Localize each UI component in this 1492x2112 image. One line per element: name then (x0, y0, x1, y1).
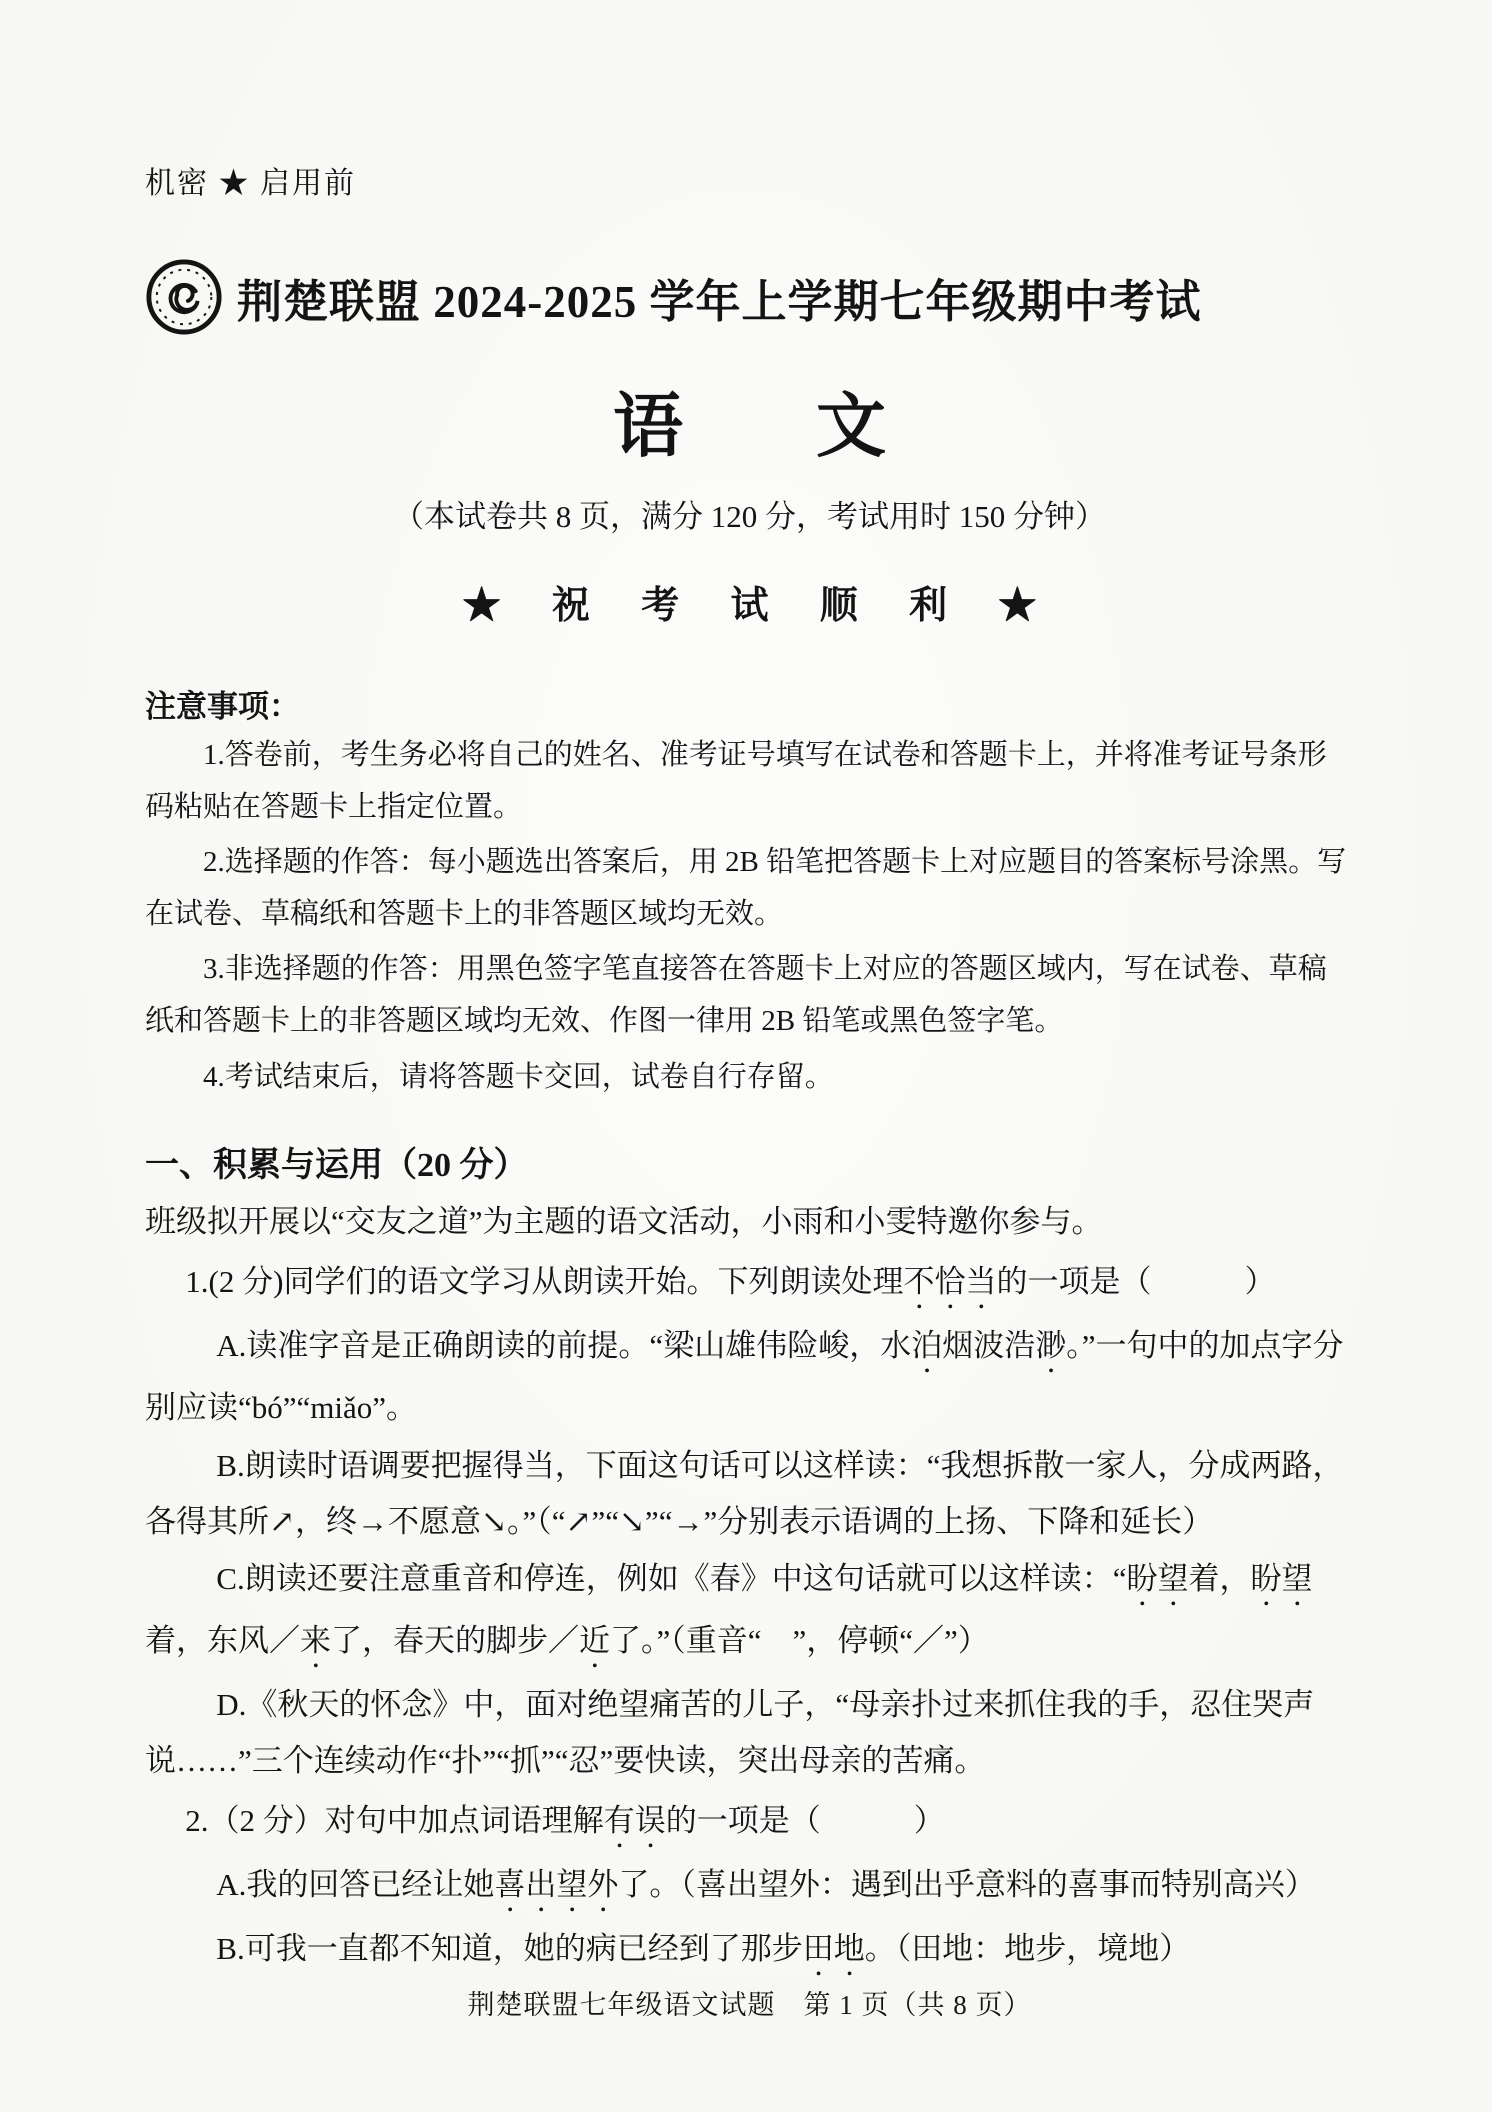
plain-text: 了。”（重音“ ”，停顿“／”） (610, 1623, 989, 1658)
question1-option-a: A.读准字音是正确朗读的前提。“梁山雄伟险峻，水泊烟波浩渺。”一句中的加点字分别… (145, 1318, 1354, 1436)
question2-option-a: A.我的回答已经让她喜出望外了。（喜出望外：遇到出乎意料的喜事而特别高兴） (145, 1857, 1354, 1919)
plain-text: 的一项是（ ） (996, 1264, 1275, 1299)
good-luck-banner: ★ 祝 考 试 顺 利 ★ (145, 574, 1354, 629)
question1-option-b: B.朗读时语调要把握得当，下面这句话可以这样读：“我想拆散一家人，分成两路，各得… (145, 1438, 1354, 1550)
plain-text: 了，春天的脚步／ (331, 1623, 579, 1658)
plain-text: 着，东风／ (145, 1623, 300, 1658)
emphasized-text: 泊 (911, 1328, 942, 1363)
emphasized-text: 喜出望外 (494, 1867, 618, 1902)
confidential-marking: 机密 ★ 启用前 (145, 158, 1354, 202)
emphasized-text: 田地 (803, 1931, 865, 1966)
notice-item-2: 2.选择题的作答：每小题选出答案后，用 2B 铅笔把答题卡上对应题目的答案标号涂… (145, 837, 1354, 940)
exam-title-row: 荆楚联盟 2024-2025 学年上学期七年级期中考试 (145, 258, 1354, 336)
section1-intro: 班级拟开展以“交友之道”为主题的语文活动，小雨和小雯特邀你参与。 (145, 1194, 1354, 1250)
page-footer: 荆楚联盟七年级语文试题 第 1 页（共 8 页） (145, 1983, 1354, 2022)
section1-heading: 一、积累与运用（20 分） (145, 1137, 1354, 1186)
question2-option-b: B.可我一直都不知道，她的病已经到了那步田地。（田地：地步，境地） (145, 1921, 1354, 1983)
notice-item-4: 4.考试结束后，请将答题卡交回，试卷自行存留。 (145, 1052, 1354, 1104)
plain-text: B.朗读时语调要把握得当，下面这句话可以这样读：“我想拆散一家人，分成两路，各得… (145, 1448, 1343, 1539)
plain-text: B.可我一直都不知道，她的病已经到了那步 (216, 1931, 802, 1966)
exam-paper-page: 机密 ★ 启用前 荆楚联盟 2024-2025 学年上学期七年级期中考试 语 文… (0, 0, 1492, 2112)
plain-text: D.《秋天的怀念》中，面对绝望痛苦的儿子，“母亲扑过来抓住我的手，忍住哭声说……… (145, 1687, 1314, 1778)
notice-item-3: 3.非选择题的作答：用黑色签字笔直接答在答题卡上对应的答题区域内，写在试卷、草稿… (145, 944, 1354, 1047)
notice-item-1: 1.答卷前，考生务必将自己的姓名、准考证号填写在试卷和答题卡上，并将准考证号条形… (145, 730, 1354, 833)
plain-text: A.我的回答已经让她 (216, 1867, 494, 1902)
plain-text: C.朗读还要注意重音和停连，例如《春》中这句话就可以这样读：“ (216, 1561, 1126, 1596)
emphasized-text: 盼望 (1250, 1561, 1312, 1596)
emphasized-text: 有误 (604, 1803, 666, 1838)
notices-title: 注意事项： (145, 681, 1354, 726)
plain-text: A.读准字音是正确朗读的前提。“梁山雄伟险峻，水 (216, 1328, 911, 1363)
plain-text: 的一项是（ ） (666, 1803, 945, 1838)
plain-text: 2.（2 分）对句中加点词语理解 (185, 1803, 604, 1838)
plain-text: 着， (1188, 1561, 1250, 1596)
question1-option-c: C.朗读还要注意重音和停连，例如《春》中这句话就可以这样读：“盼望着，盼望着，东… (145, 1551, 1354, 1675)
emphasized-text: 近 (579, 1623, 610, 1658)
emphasized-text: 来 (300, 1623, 331, 1658)
question1-stem: 1.(2 分)同学们的语文学习从朗读开始。下列朗读处理不恰当的一项是（ ） (145, 1254, 1354, 1316)
emphasized-text: 渺 (1035, 1328, 1066, 1363)
plain-text: 烟波浩 (942, 1328, 1035, 1363)
paper-info-line: （本试卷共 8 页，满分 120 分，考试用时 150 分钟） (145, 491, 1354, 536)
plain-text: 。（田地：地步，境地） (865, 1931, 1191, 1966)
question1-option-d: D.《秋天的怀念》中，面对绝望痛苦的儿子，“母亲扑过来抓住我的手，忍住哭声说……… (145, 1677, 1354, 1789)
emphasized-text: 盼望 (1126, 1561, 1188, 1596)
exam-title: 荆楚联盟 2024-2025 学年上学期七年级期中考试 (237, 265, 1202, 330)
plain-text: 1.(2 分)同学们的语文学习从朗读开始。下列朗读处理 (185, 1264, 903, 1299)
emphasized-text: 不恰当 (903, 1264, 996, 1299)
question2-stem: 2.（2 分）对句中加点词语理解有误的一项是（ ） (145, 1793, 1354, 1855)
league-seal-icon (145, 258, 223, 336)
subject-title: 语 文 (145, 370, 1354, 471)
plain-text: 了。（喜出望外：遇到出乎意料的喜事而特别高兴） (618, 1867, 1316, 1902)
